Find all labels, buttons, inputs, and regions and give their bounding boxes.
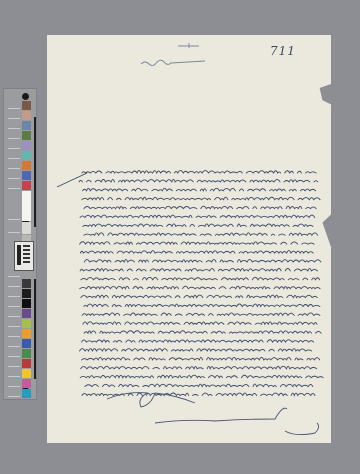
strip-tick: [8, 118, 20, 119]
color-patch: [22, 299, 31, 308]
color-patch: [22, 289, 31, 298]
strip-tick: [8, 376, 20, 377]
strip-tick: [8, 232, 20, 233]
barcode: [14, 241, 34, 271]
color-patch: [22, 222, 31, 234]
strip-tick: [8, 326, 20, 327]
manuscript-page: [47, 35, 331, 443]
color-calibration-strip: [3, 88, 37, 400]
strip-hole-top: [22, 93, 29, 100]
strip-edge: [34, 279, 36, 379]
color-patch: [22, 389, 31, 398]
color-patch: [22, 309, 31, 318]
strip-tick: [8, 286, 20, 287]
color-patch: [22, 141, 31, 150]
strip-tick: [8, 316, 20, 317]
color-patch: [22, 319, 31, 328]
header-mark: [178, 43, 199, 48]
strip-tick: [8, 346, 20, 347]
strip-tick: [8, 128, 20, 129]
strip-tick: [8, 178, 20, 179]
strip-edge: [34, 117, 36, 227]
strip-tick: [8, 276, 20, 277]
color-patch: [22, 121, 31, 130]
strip-tick: [8, 306, 20, 307]
color-patch: [22, 151, 31, 160]
strip-tick: [8, 296, 20, 297]
strip-tick: [8, 158, 20, 159]
header-scribble: [141, 60, 205, 65]
folio-number: 711: [270, 44, 296, 58]
color-patch: [22, 191, 31, 221]
color-patch: [22, 379, 31, 388]
color-patch: [22, 111, 31, 120]
handwriting: [47, 35, 331, 443]
color-patch: [22, 329, 31, 338]
strip-tick: [8, 336, 20, 337]
color-patch: [22, 161, 31, 170]
color-patch: [22, 171, 31, 180]
strip-tick: [8, 396, 20, 397]
color-patch: [22, 101, 31, 110]
color-patch: [22, 359, 31, 368]
color-patch: [22, 181, 31, 190]
color-patch: [22, 369, 31, 378]
strip-tick: [8, 356, 20, 357]
strip-tick: [8, 366, 20, 367]
color-patch: [22, 339, 31, 348]
strip-tick: [8, 148, 20, 149]
strip-tick: [8, 108, 20, 109]
color-patch: [22, 131, 31, 140]
color-patch: [22, 279, 31, 288]
strip-tick: [8, 188, 20, 189]
strip-tick: [8, 219, 20, 220]
color-patch: [22, 349, 31, 358]
strip-tick: [8, 138, 20, 139]
strip-tick: [8, 168, 20, 169]
strip-tick: [8, 386, 20, 387]
